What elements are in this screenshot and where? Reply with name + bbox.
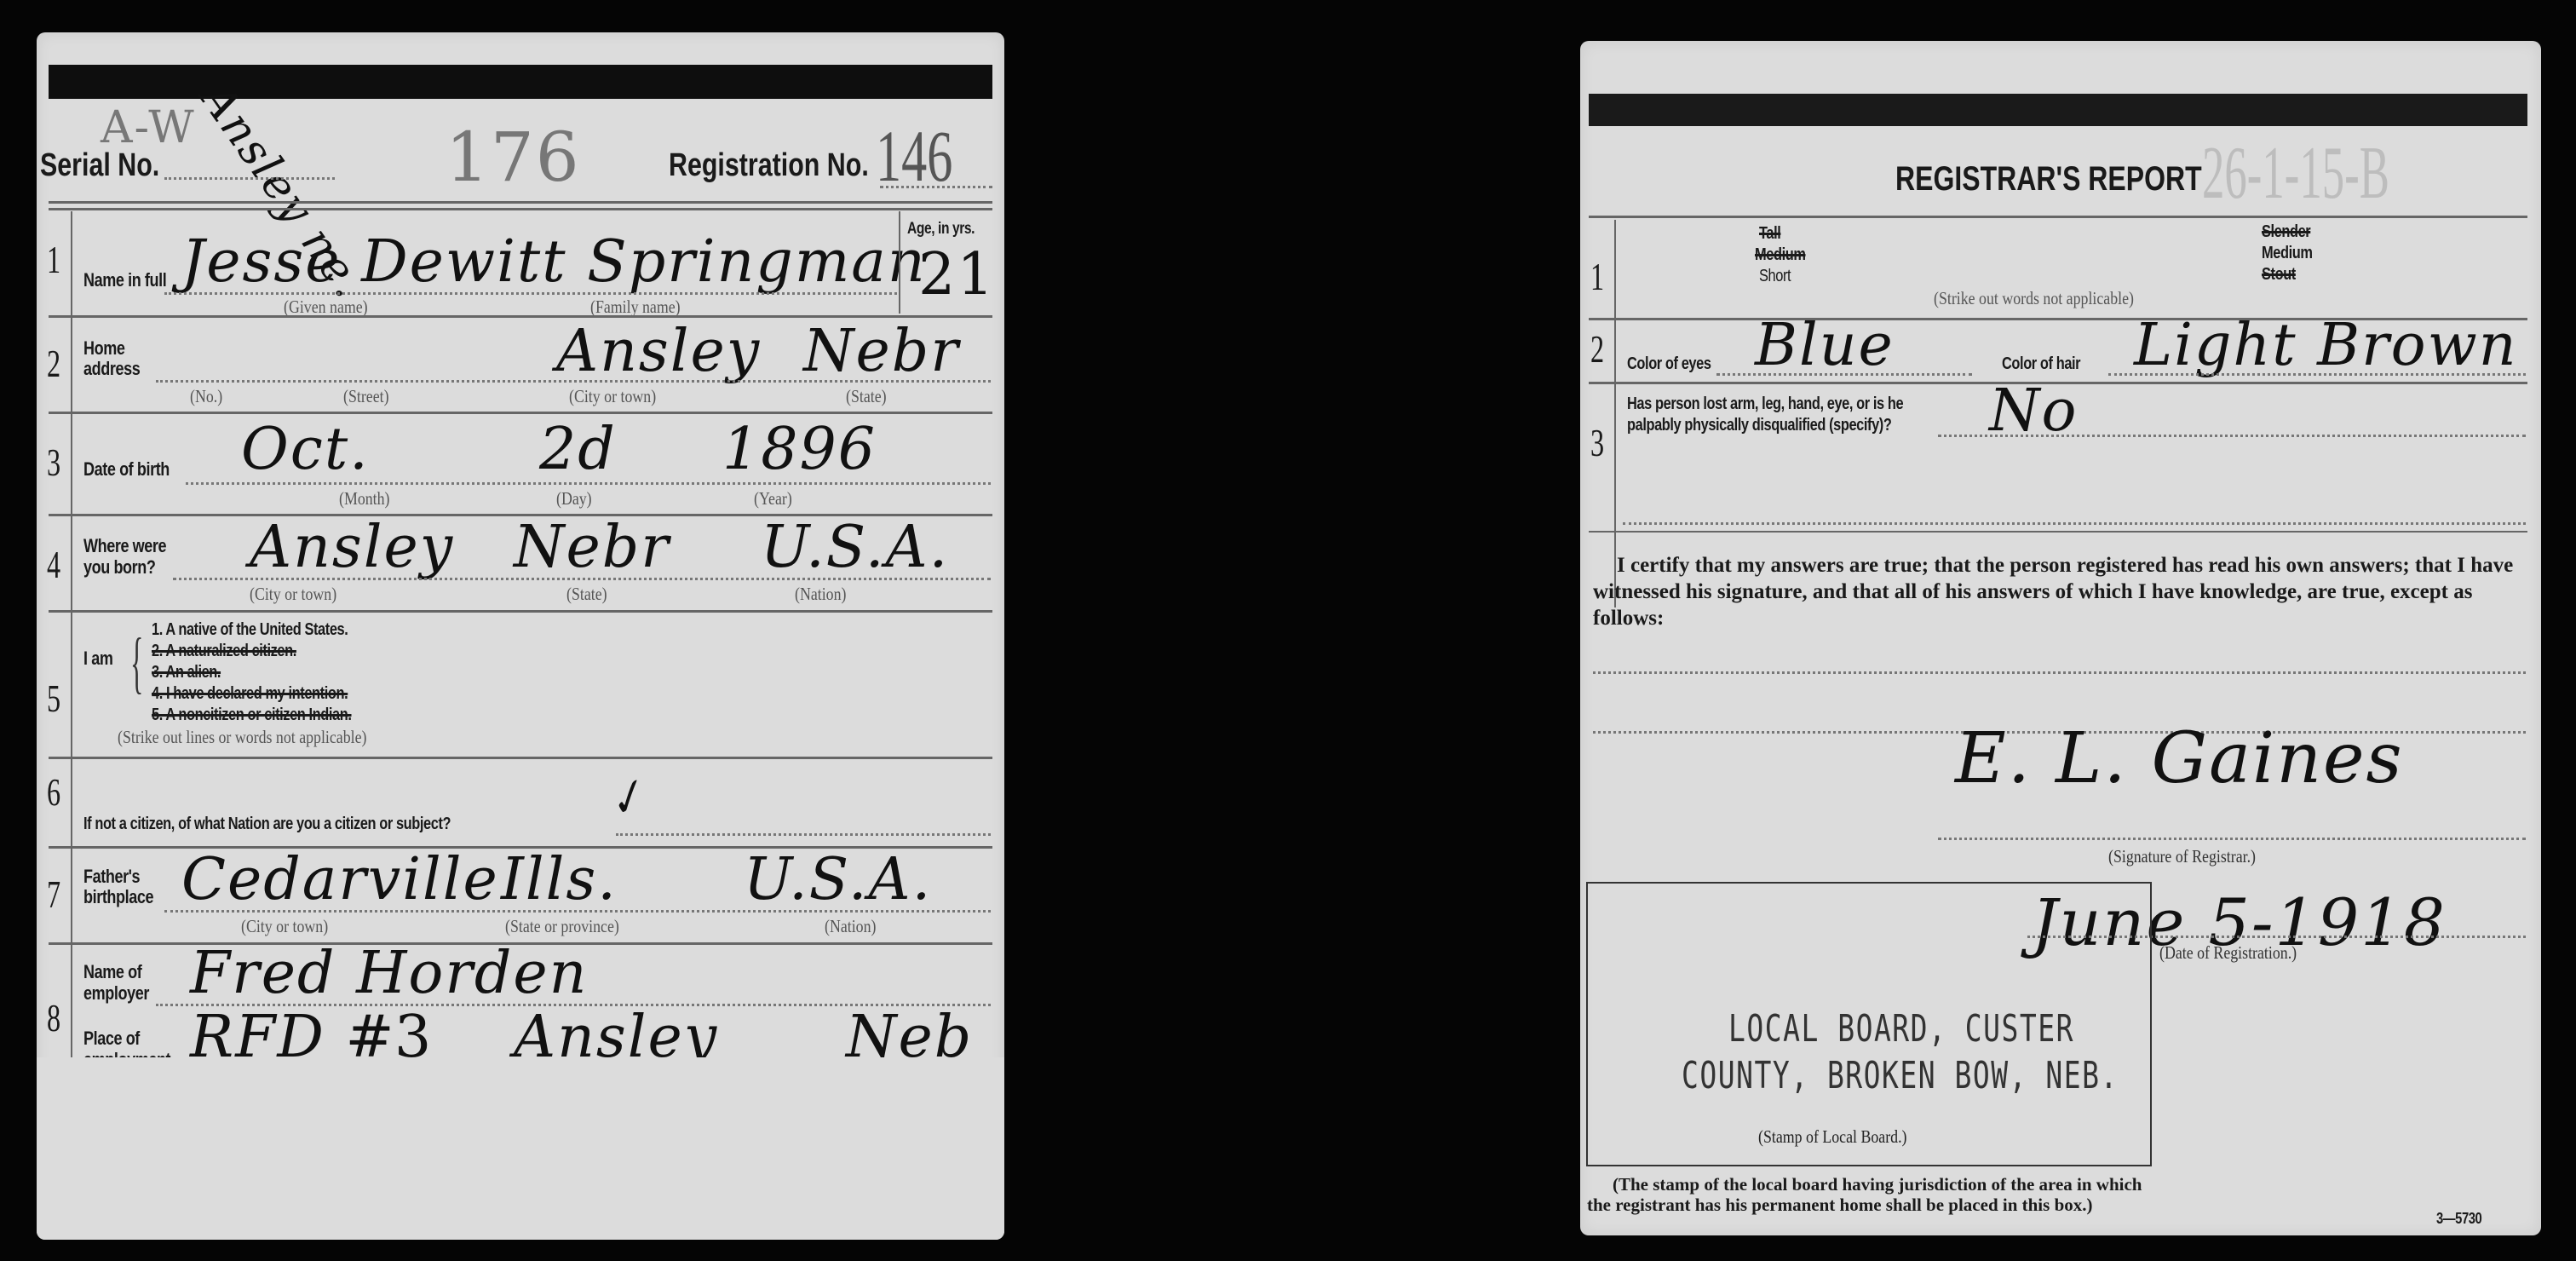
eyes-value: Blue xyxy=(1755,312,1895,379)
report-row-number-3: 3 xyxy=(1590,420,1604,465)
report-r1-note: (Strike out words not applicable) xyxy=(1934,288,2134,309)
header-bar xyxy=(1589,94,2527,126)
height-medium: Medium xyxy=(1755,245,1806,265)
registration-date-caption: (Date of Registration.) xyxy=(2159,942,2297,964)
local-board-stamp-box: LOCAL BOARD, CUSTER COUNTY, BROKEN BOW, … xyxy=(1586,882,2152,1166)
build-stout: Stout xyxy=(2262,265,2296,285)
height-tall: Tall xyxy=(1759,224,1780,244)
eyes-label: Color of eyes xyxy=(1627,354,1711,374)
height-short: Short xyxy=(1759,267,1791,286)
report-title: REGISTRAR'S REPORT xyxy=(1895,160,2202,199)
report-row-number-2: 2 xyxy=(1590,326,1604,371)
registrar-signature: E. L. Gaines xyxy=(1955,718,2404,799)
build-medium: Medium xyxy=(2262,244,2313,263)
registrar-report-card: REGISTRAR'S REPORT 26-1-15-B 1 Tall Medi… xyxy=(1580,41,2541,1235)
certify-text: I certify that my answers are true; that… xyxy=(1593,552,2526,631)
stamp-note: (The stamp of the local board having jur… xyxy=(1587,1174,2153,1215)
registration-card-bottom xyxy=(37,1057,1004,1240)
hair-label: Color of hair xyxy=(2002,354,2080,374)
registrar-signature-caption: (Signature of Registrar.) xyxy=(2108,846,2256,867)
disability-label-2: palpably physically disqualified (specif… xyxy=(1627,416,1891,435)
build-slender: Slender xyxy=(2262,222,2310,242)
report-row-number-1: 1 xyxy=(1590,254,1604,299)
stamp-caption: (Stamp of Local Board.) xyxy=(1758,1126,1906,1148)
disability-label-1: Has person lost arm, leg, hand, eye, or … xyxy=(1627,394,1903,414)
stamp-number: 26-1-15-B xyxy=(2202,130,2389,216)
stamp-line-1: LOCAL BOARD, CUSTER xyxy=(1728,1007,2074,1051)
form-number: 3—5730 xyxy=(2436,1210,2481,1228)
hair-value: Light Brown xyxy=(2134,312,2518,379)
stamp-line-2: COUNTY, BROKEN BOW, NEB. xyxy=(1682,1054,2119,1097)
